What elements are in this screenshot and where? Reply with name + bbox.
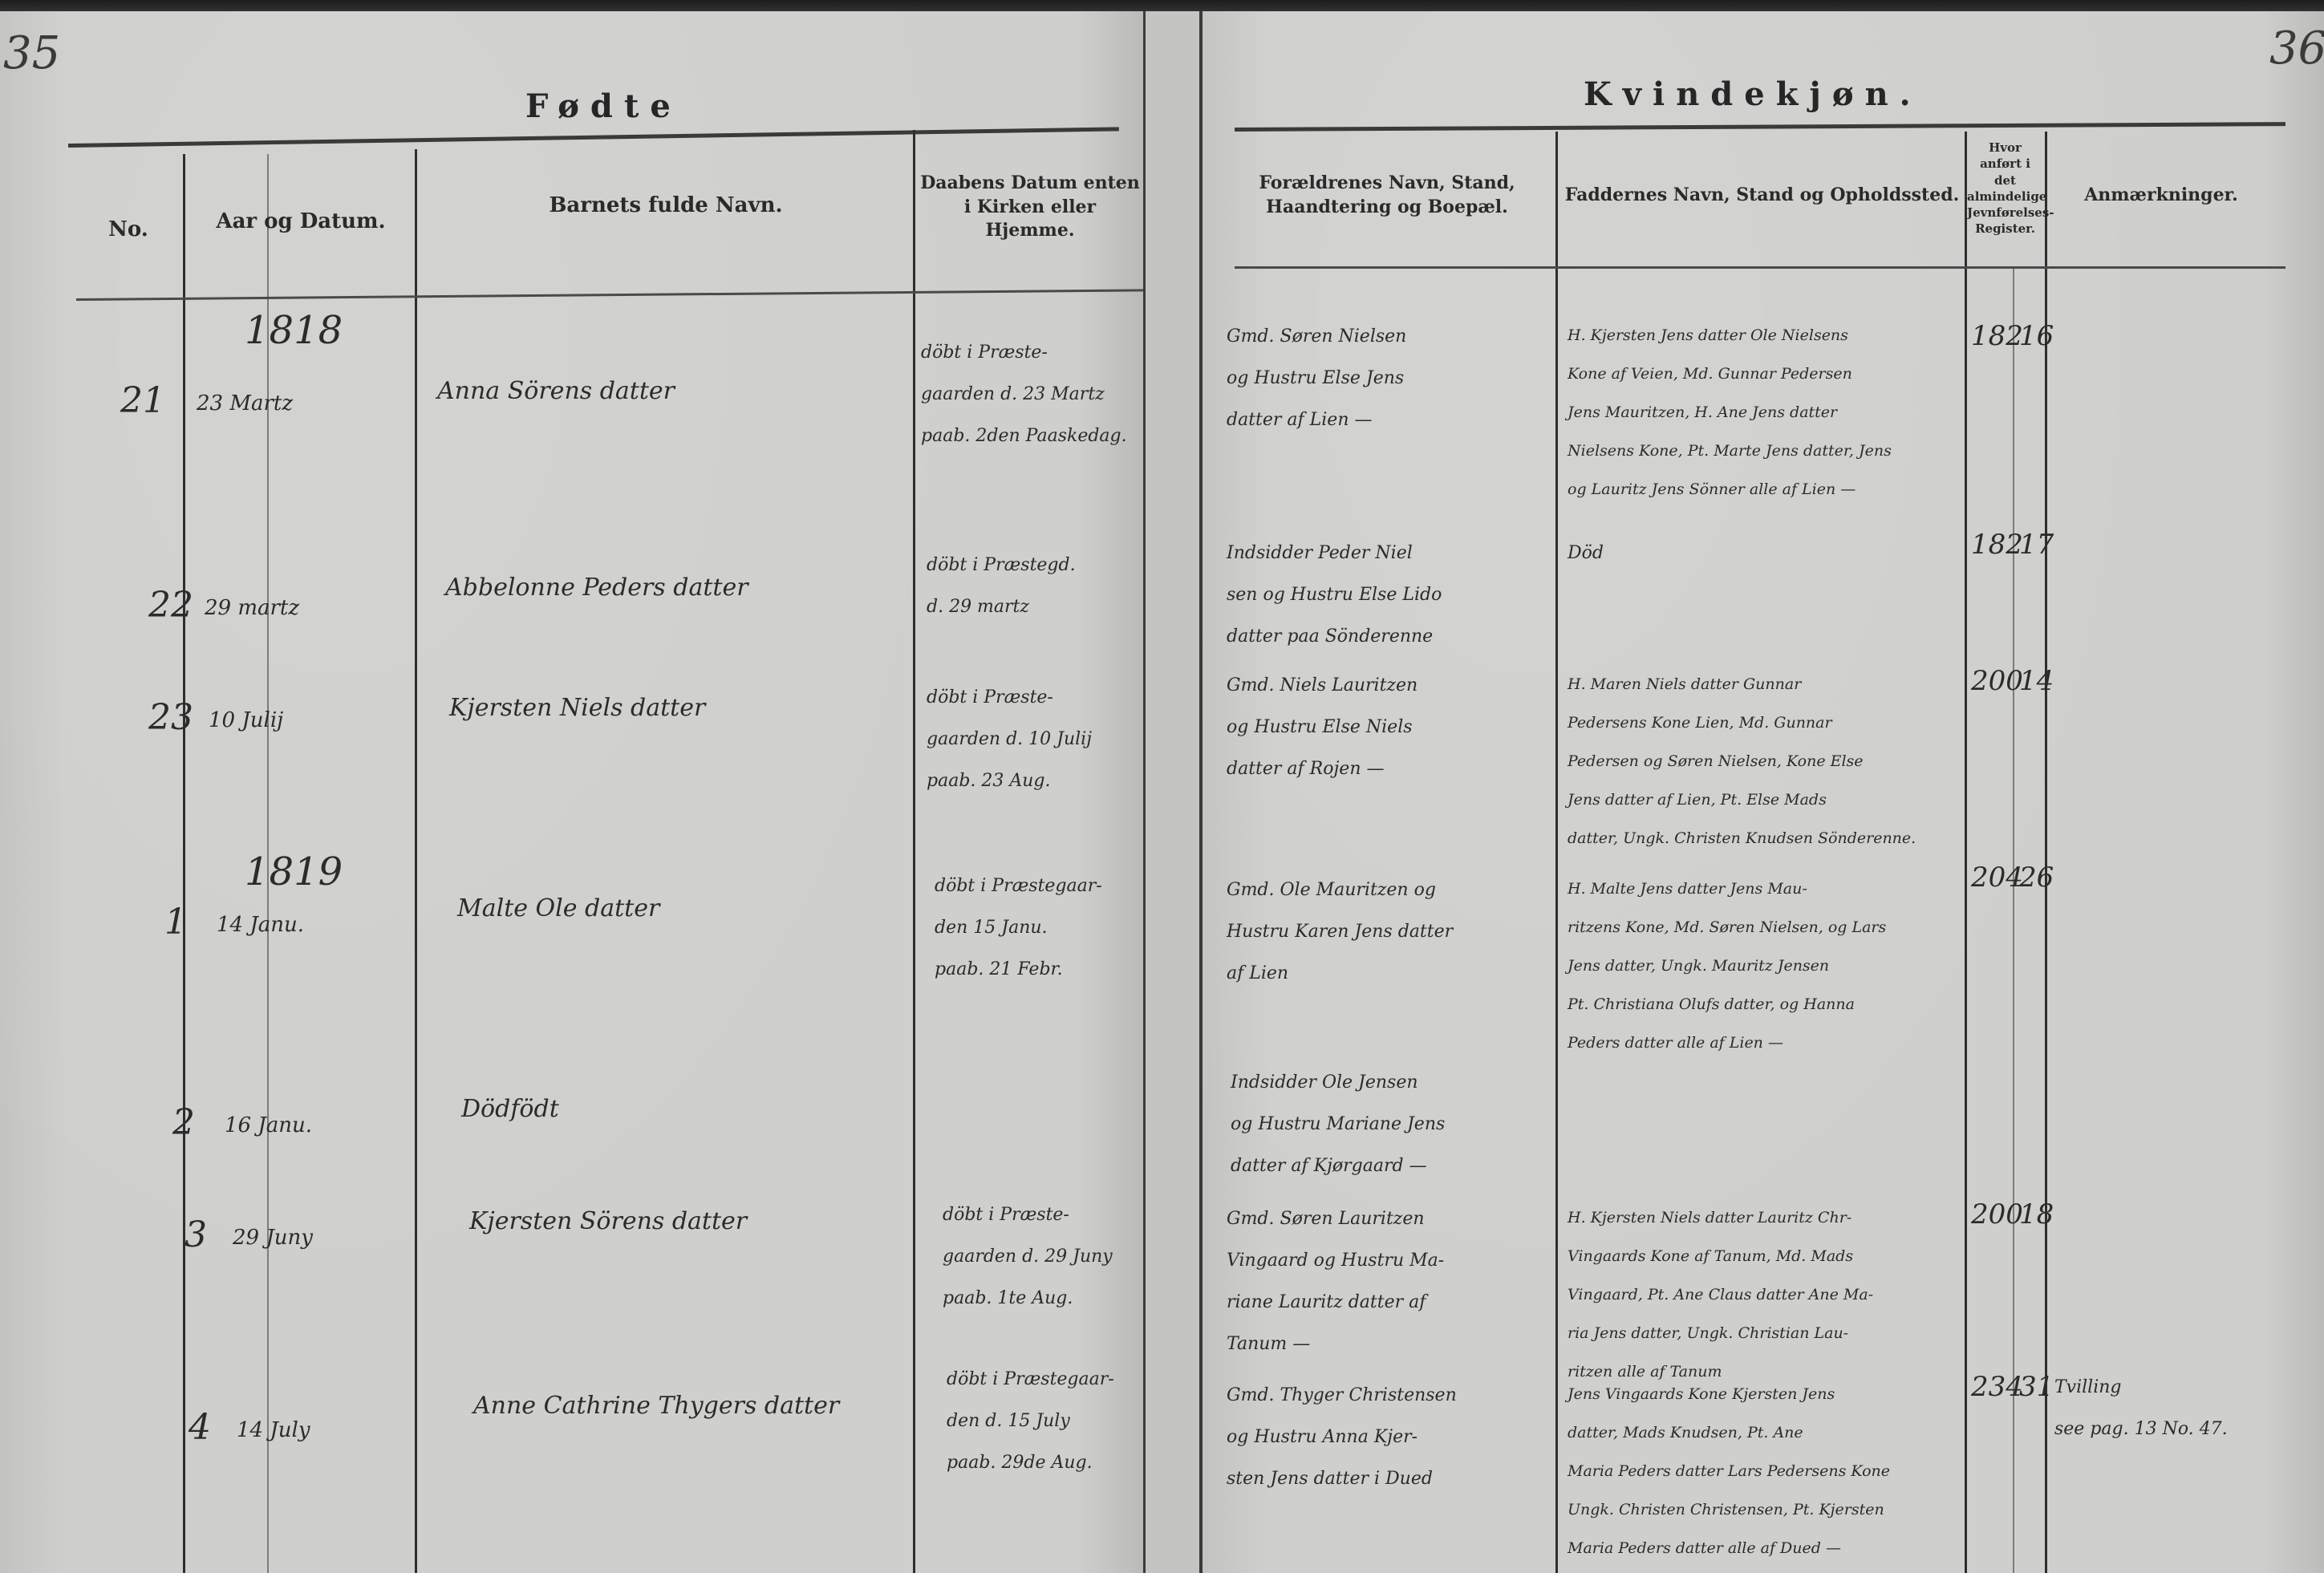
entry-child-name: Dödfödt [461, 1086, 559, 1133]
header-remarks: Anmærkninger. [2053, 184, 2269, 208]
entry-sponsors: H. Kjersten Jens datter Ole Nielsens Kon… [1568, 316, 1892, 509]
entry-no: 22 [148, 585, 193, 626]
register-page: 200 [1971, 665, 2023, 697]
year-1819: 1819 [245, 849, 343, 894]
register-page: 200 [1971, 1198, 2023, 1230]
entry-remarks: Tvilling see pag. 13 No. 47. [2054, 1367, 2228, 1450]
entry-child-name: Kjersten Niels datter [449, 685, 705, 732]
entry-child-name: Kjersten Sörens datter [469, 1198, 747, 1245]
register-page: 182 [1971, 529, 2023, 561]
register-no: 16 [2019, 320, 2054, 352]
register-no: 17 [2019, 529, 2054, 561]
entry-child-name: Malte Ole datter [457, 886, 659, 932]
section-title-births: Fødte [525, 87, 682, 125]
entry-parents: Indsidder Peder Niel sen og Hustru Else … [1227, 533, 1442, 658]
register-page: 204 [1971, 862, 2023, 894]
entry-parents: Indsidder Ole Jensen og Hustru Mariane J… [1231, 1062, 1445, 1187]
entry-sponsors: H. Malte Jens datter Jens Mau- ritzens K… [1568, 870, 1886, 1062]
register-no: 18 [2019, 1198, 2054, 1230]
header-child-name-text: Barnets fulde Navn. [481, 192, 850, 220]
header-bottom-rule [1235, 266, 2285, 269]
entry-baptism: döbt i Præste- gaarden d. 29 Juny paab. … [943, 1194, 1113, 1320]
year-1818: 1818 [245, 308, 343, 353]
entry-date: 14 Janu. [217, 902, 304, 948]
header-top-rule [68, 127, 1119, 148]
entry-date: 10 Julij [209, 697, 283, 744]
header-sponsors: Faddernes Navn, Stand og Opholdssted. [1564, 184, 1961, 208]
entry-parents: Gmd. Thyger Christensen og Hustru Anna K… [1227, 1375, 1457, 1500]
header-register: Hvor anført i det almindelige Jevnførels… [1967, 140, 2043, 237]
entry-baptism: döbt i Præste- gaarden d. 10 Julij paab.… [927, 677, 1092, 802]
register-page: 182 [1971, 320, 2023, 352]
header-bottom-rule [76, 289, 1143, 301]
page-number-right: 36 [2269, 22, 2324, 75]
entry-sponsors: Jens Vingaards Kone Kjersten Jens datter… [1568, 1375, 1890, 1567]
register-no: 14 [2019, 665, 2054, 697]
entry-parents: Gmd. Søren Lauritzen Vingaard og Hustru … [1227, 1198, 1444, 1365]
entry-baptism: döbt i Præste- gaarden d. 23 Martz paab.… [921, 332, 1127, 457]
entry-no: 23 [148, 697, 193, 738]
header-top-rule [1235, 122, 2285, 132]
column-divider [415, 149, 417, 1573]
entry-date: 29 Juny [233, 1214, 313, 1261]
entry-parents: Gmd. Ole Mauritzen og Hustru Karen Jens … [1227, 870, 1453, 995]
entry-date: 14 July [237, 1407, 310, 1453]
register-page: 234 [1971, 1371, 2023, 1403]
entry-parents: Gmd. Niels Lauritzen og Hustru Else Niel… [1227, 665, 1418, 790]
entry-date: 23 Martz [197, 380, 293, 427]
entry-no: 1 [164, 902, 187, 943]
entry-no: 4 [189, 1407, 211, 1448]
entry-child-name: Abbelonne Peders datter [445, 565, 748, 611]
entry-no: 2 [172, 1102, 195, 1143]
column-divider [1555, 132, 1558, 1573]
section-title-female: Kvindekjøn. [1584, 75, 1922, 113]
page-number-left: 35 [3, 27, 60, 79]
header-baptism: Daabens Datum enten i Kirken eller Hjemm… [917, 172, 1143, 243]
entry-sponsors: H. Kjersten Niels datter Lauritz Chr- Vi… [1568, 1198, 1873, 1391]
column-divider [1965, 132, 1967, 1573]
book-gutter [1143, 11, 1202, 1573]
column-divider [913, 130, 915, 1573]
entry-child-name: Anne Cathrine Thygers datter [473, 1383, 839, 1429]
column-divider [183, 154, 185, 1573]
entry-no: 21 [120, 380, 165, 421]
entry-date: 16 Janu. [225, 1102, 312, 1149]
entry-sponsors: Död [1568, 533, 1604, 574]
left-page: 35 Fødte No. Aar og Datum. Barnets fulde… [0, 11, 1143, 1573]
entry-sponsors: H. Maren Niels datter Gunnar Pedersens K… [1568, 665, 1916, 857]
entry-baptism: döbt i Præstegd. d. 29 martz [927, 545, 1076, 628]
entry-baptism: döbt i Præstegaar- den 15 Janu. paab. 21… [935, 866, 1102, 991]
entry-date: 29 martz [205, 585, 299, 631]
entry-no: 3 [185, 1214, 207, 1255]
header-date: Aar og Datum. [193, 208, 409, 236]
entry-parents: Gmd. Søren Nielsen og Hustru Else Jens d… [1227, 316, 1406, 441]
entry-child-name: Anna Sörens datter [437, 368, 675, 415]
header-parents: Forældrenes Navn, Stand, Haandtering og … [1219, 172, 1555, 219]
entry-baptism: döbt i Præstegaar- den d. 15 July paab. … [947, 1359, 1114, 1484]
header-no: No. [88, 216, 168, 244]
register-no: 31 [2019, 1371, 2054, 1403]
register-no: 26 [2019, 862, 2054, 894]
right-page: 36 Kvindekjøn. Forældrenes Navn, Stand, … [1199, 11, 2324, 1573]
